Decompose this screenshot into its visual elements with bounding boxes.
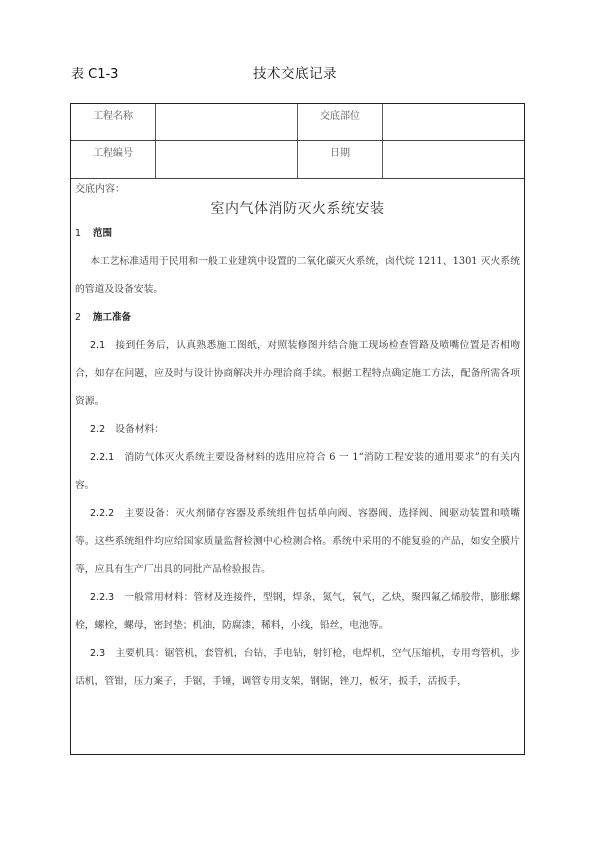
paragraph-scope: 本工艺标准适用于民用和一般工业建筑中设置的二氧化碳灭火系统，卤代烷 1211、1… — [75, 248, 520, 304]
content-label: 交底内容： — [75, 180, 520, 194]
section-heading-scope: 1范围 — [75, 220, 520, 248]
handover-location-field[interactable] — [383, 104, 524, 140]
info-row-project-number: 工程编号 日期 — [71, 141, 524, 179]
paragraph-text: 一般常用材料：管材及连接件，型钢，焊条，氮气，氧气，乙炔，聚四氟乙烯胶带，膨胀螺… — [75, 592, 520, 631]
paragraph-2-2-1: 2.2.1消防气体灭火系统主要设备材料的选用应符合 6 一 1“消防工程安装的通… — [75, 444, 520, 500]
project-number-label: 工程编号 — [71, 141, 156, 178]
section-number: 1 — [75, 220, 93, 248]
clause-number: 2.2.2 — [90, 508, 114, 519]
paragraph-text: 消防气体灭火系统主要设备材料的选用应符合 6 一 1“消防工程安装的通用要求”的… — [75, 452, 520, 491]
clause-number: 2.2.1 — [90, 452, 114, 463]
document-title: 技术交底记录 — [253, 62, 337, 82]
info-row-project-name: 工程名称 交底部位 — [71, 104, 524, 141]
paragraph-2-2: 2.2设备材料： — [75, 416, 520, 444]
paragraph-text: 接到任务后，认真熟悉施工图纸，对照装修图并结合施工现场检查管路及喷嘴位置是否相吻… — [75, 340, 520, 407]
section-title: 范围 — [93, 228, 112, 239]
record-sheet: 工程名称 交底部位 工程编号 日期 交底内容： 室内气体消防灭火系统安装 1范围… — [70, 103, 525, 755]
paragraph-text: 本工艺标准适用于民用和一般工业建筑中设置的二氧化碳灭火系统，卤代烷 1211、1… — [75, 256, 520, 295]
project-name-label: 工程名称 — [71, 104, 156, 140]
content-heading: 室内气体消防灭火系统安装 — [75, 198, 520, 220]
paragraph-text: 设备材料： — [115, 424, 164, 435]
paragraph-2-2-2: 2.2.2主要设备：灭火剂储存容器及系统组件包括单向阀、容器阀、选择阀、阀驱动装… — [75, 500, 520, 584]
date-label: 日期 — [298, 141, 383, 178]
form-code: 表 C1-3 — [71, 63, 118, 82]
handover-content: 交底内容： 室内气体消防灭火系统安装 1范围 本工艺标准适用于民用和一般工业建筑… — [71, 179, 524, 696]
project-name-field[interactable] — [156, 104, 298, 140]
section-heading-preparation: 2施工准备 — [75, 304, 520, 332]
paragraph-text: 主要机具：锯管机，套管机，台钻，手电钻，射钉枪，电焊机，空气压缩机，专用弯管机，… — [75, 648, 520, 687]
date-field[interactable] — [383, 141, 524, 178]
handover-location-label: 交底部位 — [298, 104, 383, 140]
paragraph-2-3: 2.3主要机具：锯管机，套管机，台钻，手电钻，射钉枪，电焊机，空气压缩机，专用弯… — [75, 640, 520, 696]
clause-number: 2.3 — [90, 648, 105, 659]
paragraph-text: 主要设备：灭火剂储存容器及系统组件包括单向阀、容器阀、选择阀、阀驱动装置和喷嘴等… — [75, 508, 520, 575]
clause-number: 2.1 — [90, 340, 105, 351]
clause-number: 2.2.3 — [90, 592, 114, 603]
clause-number: 2.2 — [90, 424, 105, 435]
project-number-field[interactable] — [156, 141, 298, 178]
paragraph-2-2-3: 2.2.3一般常用材料：管材及连接件，型钢，焊条，氮气，氧气，乙炔，聚四氟乙烯胶… — [75, 584, 520, 640]
section-title: 施工准备 — [93, 312, 131, 323]
paragraph-2-1: 2.1接到任务后，认真熟悉施工图纸，对照装修图并结合施工现场检查管路及喷嘴位置是… — [75, 332, 520, 416]
section-number: 2 — [75, 304, 93, 332]
